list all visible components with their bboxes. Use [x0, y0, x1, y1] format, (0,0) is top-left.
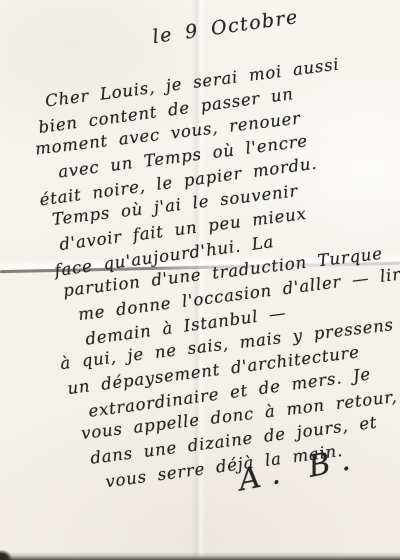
scan-corner-mark [0, 550, 12, 560]
scan-bottom-edge [0, 552, 400, 560]
letter-body: Cher Louis, je serai moi aussi bien cont… [26, 42, 400, 496]
letter-date: le 9 Octobre [151, 6, 300, 48]
scanned-letter-page: le 9 Octobre Cher Louis, je serai moi au… [0, 0, 400, 560]
